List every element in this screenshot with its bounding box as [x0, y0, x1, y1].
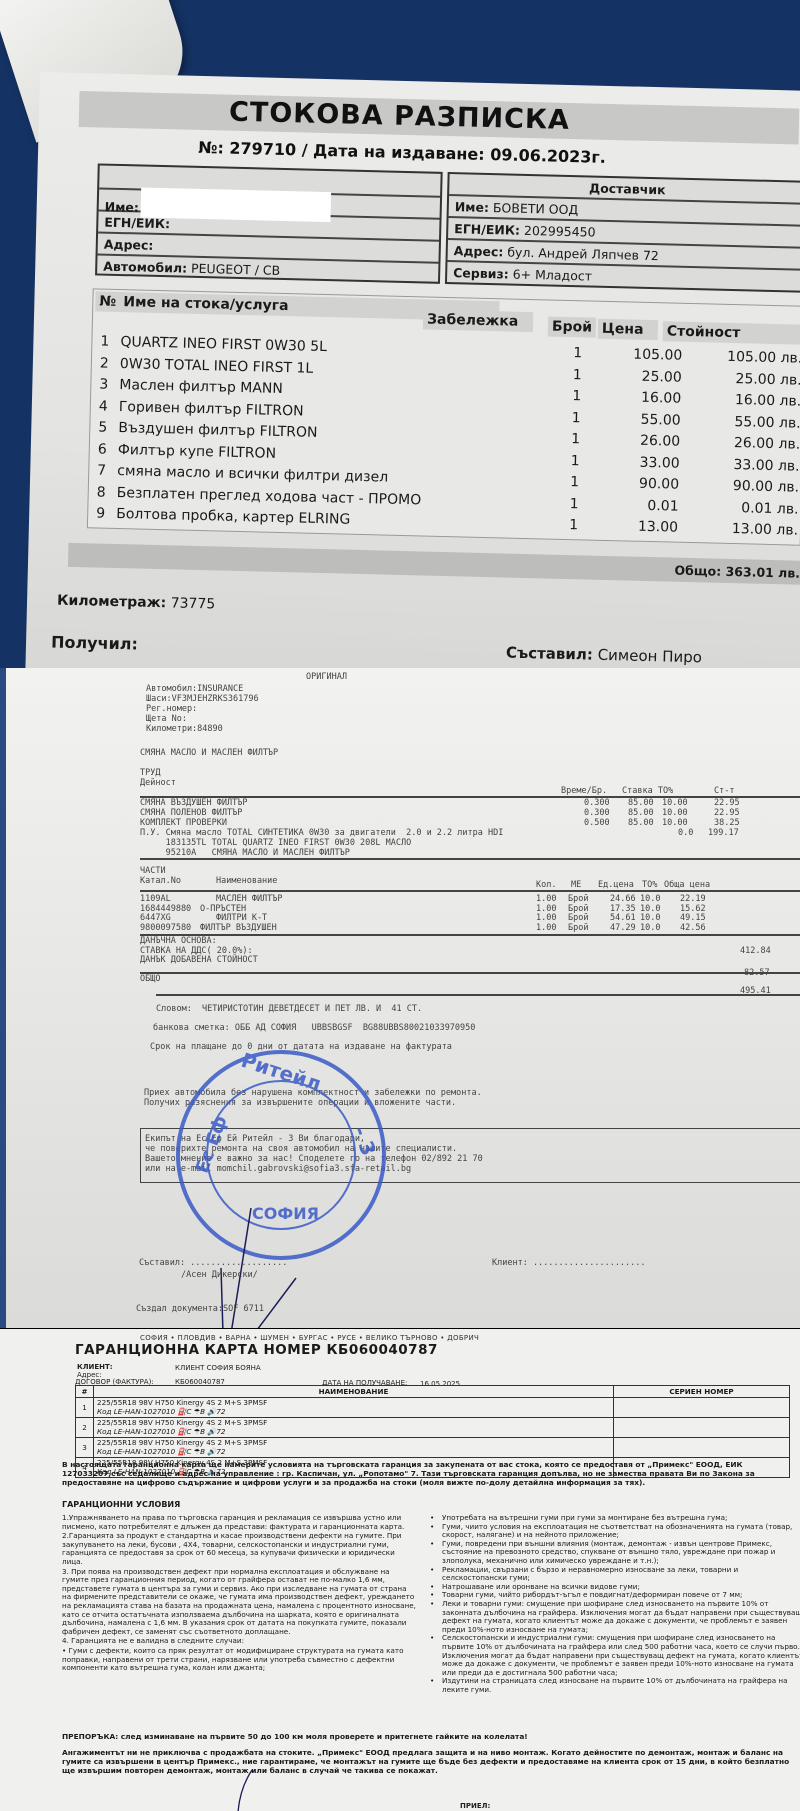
- col-no: №: [95, 291, 120, 312]
- labor-row-discount: 0.0: [678, 828, 693, 838]
- labor-row-time: 0.300: [584, 798, 610, 808]
- part-name: ФИЛТРИ К-Т: [216, 913, 267, 923]
- part-unit: Брой: [568, 904, 588, 914]
- warranty-intro: В настоящата гаранционна карта ще намери…: [62, 1460, 800, 1488]
- col-serial: СЕРИЕН НОМЕР: [614, 1386, 790, 1398]
- client-box: Име: ЕГН/ЕИК: Адрес: Автомобил: PEUGEOT …: [95, 163, 443, 283]
- item-price: 33.00: [609, 454, 679, 472]
- item-qty: 1: [562, 345, 582, 361]
- labor-row-name: 183135TL TOTAL QUARTZ INEO FIRST 0W30 20…: [140, 838, 411, 848]
- cities-line: СОФИЯ • ПЛОВДИВ • ВАРНА • ШУМЕН • БУРГАС…: [140, 1334, 479, 1342]
- item-qty: 1: [562, 366, 582, 382]
- item-price: 13.00: [608, 518, 678, 536]
- commitment: Ангажиментът ни не приключва с продажбат…: [62, 1748, 800, 1776]
- labor-row-time: 0.500: [584, 818, 610, 828]
- item-name: QUARTZ INEO FIRST 0W30 5L: [120, 334, 327, 355]
- part-price: 54.61: [610, 913, 636, 923]
- parts-col: ТО%: [642, 880, 657, 890]
- labor-row-discount: 10.00: [662, 818, 688, 828]
- item-value: 13.00 лв.: [688, 520, 798, 539]
- item-number: 3: [99, 377, 115, 393]
- part-cat: 6447XG: [140, 913, 171, 923]
- item-value: 16.00 лв.: [691, 391, 800, 410]
- invoice-total-label: ОБЩО: [140, 974, 160, 984]
- tire-code: Код LE-HAN-1027010 ⛽C ☂B 🔊72: [97, 1448, 610, 1457]
- tire-code: Код LE-HAN-1027010 ⛽C ☂B 🔊72: [97, 1408, 610, 1417]
- tax-base-label: ДАНЪЧНА ОСНОВА:: [140, 936, 217, 946]
- vat-label: ДАНЪК ДОБАВЕНА СТОЙНОСТ: [140, 955, 258, 965]
- item-number: 4: [99, 398, 115, 414]
- condition-paragraph: 2.Гаранцията за продукт е стандартна и к…: [62, 1532, 417, 1566]
- divider: [140, 972, 800, 974]
- divider: [140, 934, 800, 936]
- mileage: Километраж: 73775: [57, 593, 216, 613]
- part-unit: Брой: [568, 894, 588, 904]
- item-name: 0W30 TOTAL INEO FIRST 1L: [120, 356, 314, 377]
- item-qty: 1: [561, 388, 581, 404]
- labor-row-name: П.У. Смяна масло TOTAL СИНТЕТИКА 0W30 за…: [140, 828, 503, 838]
- created-by: Създал документа:SOF 6711: [136, 1304, 264, 1314]
- item-qty: 1: [558, 517, 578, 533]
- item-value: 105.00 лв.: [692, 348, 800, 367]
- divider: [156, 994, 800, 996]
- condition-paragraph: 3. При поява на производствен дефект при…: [62, 1568, 417, 1637]
- item-price: 26.00: [610, 432, 680, 450]
- labor-col-rate: Ставка ТО%: [622, 786, 673, 796]
- part-cat: 9800097580: [140, 923, 191, 933]
- row-serial: [614, 1438, 790, 1458]
- item-name: Филтър купе FILTRON: [118, 442, 277, 462]
- item-price: 90.00: [609, 475, 679, 493]
- item-number: 1: [100, 334, 116, 350]
- labor-subtitle: Дейност: [140, 778, 176, 788]
- invoice-document: ОРИГИНАЛ Автомобил:INSURANCE Шаси:VF3MJE…: [6, 668, 800, 1328]
- part-price: 24.66: [610, 894, 636, 904]
- tire-code: Код LE-HAN-1027010 ⛽C ☂B 🔊72: [97, 1428, 610, 1437]
- item-price: 55.00: [611, 411, 681, 429]
- warranty-title: ГАРАНЦИОННА КАРТА НОМЕР КБ060040787: [75, 1342, 438, 1358]
- part-name: ФИЛТЪР ВЪЗДУШЕН: [200, 923, 277, 933]
- part-cat: 1684449880: [140, 904, 191, 914]
- row-name: 225/55R18 98V H750 Kinergy 4S 2 M+S 3PMS…: [94, 1398, 614, 1418]
- part-qty: 1.00: [536, 923, 556, 933]
- receipt-total: Общо: 363.01 лв.: [68, 543, 800, 585]
- labor-row-time: 0.300: [584, 808, 610, 818]
- labor-row-discount: 10.00: [662, 798, 688, 808]
- conditions-left-column: 1.Упражняването на права по търговска га…: [62, 1514, 417, 1674]
- part-name: МАСЛЕН ФИЛТЪР: [216, 894, 283, 904]
- part-qty: 1.00: [536, 913, 556, 923]
- table-row: 2225/55R18 98V H750 Kinergy 4S 2 M+S 3PM…: [76, 1418, 790, 1438]
- labor-row-name: СМЯНА ПОЛЕНОВ ФИЛТЪР: [140, 808, 242, 818]
- part-discount: 10.0: [640, 894, 660, 904]
- item-value: 26.00 лв.: [690, 434, 800, 453]
- labor-row-name: КОМПЛЕКТ ПРОВЕРКИ: [140, 818, 227, 828]
- item-qty: 1: [558, 495, 578, 511]
- labor-row-name: СМЯНА ВЪЗДУШЕН ФИЛТЪР: [140, 798, 247, 808]
- warranty-signature: [230, 1768, 260, 1811]
- original-mark: ОРИГИНАЛ: [306, 672, 347, 682]
- item-number: 2: [100, 355, 116, 371]
- part-total: 15.62: [680, 904, 706, 914]
- amount-in-words: Словом: ЧЕТИРИСТОТИН ДЕВЕТДЕСЕТ И ПЕТ ЛВ…: [156, 1004, 422, 1014]
- labor-row-rate: 85.00: [628, 818, 654, 828]
- part-discount: 10.0: [640, 923, 660, 933]
- vehicle-info: Автомобил:INSURANCE Шаси:VF3MJEHZRKS3617…: [146, 684, 259, 734]
- table-row: 3225/55R18 98V H750 Kinergy 4S 2 M+S 3PM…: [76, 1438, 790, 1458]
- part-price: 47.29: [610, 923, 636, 933]
- condition-bullet: Издутини на страницата след износване на…: [430, 1677, 800, 1694]
- parts-col: Катал.No: [140, 876, 181, 886]
- labor-row-value: 199.17: [708, 828, 739, 838]
- row-index: 3: [76, 1438, 94, 1458]
- recommendation: ПРЕПОРЪКА: след изминаване на първите 50…: [62, 1732, 800, 1741]
- client-signature-label: Клиент: ......................: [492, 1258, 646, 1268]
- row-index: 2: [76, 1418, 94, 1438]
- labor-row-name: 95210A СМЯНА МАСЛО И МАСЛЕН ФИЛТЪР: [140, 848, 350, 858]
- divider: [140, 858, 800, 860]
- item-value: 55.00 лв.: [690, 413, 800, 432]
- condition-bullet: Селскостопански и индустриални гуми: сму…: [430, 1634, 800, 1677]
- tax-base-value: 412.84: [740, 946, 771, 956]
- item-name: Маслен филтър MANN: [119, 377, 283, 397]
- row-serial: [614, 1418, 790, 1438]
- item-price: 105.00: [612, 346, 682, 364]
- client-label: КЛИЕНТ:: [77, 1363, 113, 1371]
- item-price: 0.01: [608, 497, 678, 515]
- item-name: Горивен филтър FILTRON: [119, 399, 304, 420]
- row-serial: [614, 1398, 790, 1418]
- condition-bullet: Леки и товарни гуми: смущение при шофира…: [430, 1600, 800, 1634]
- item-value: 0.01 лв.: [688, 498, 798, 517]
- table-row: 1225/55R18 98V H750 Kinergy 4S 2 M+S 3PM…: [76, 1398, 790, 1418]
- conditions-title: ГАРАНЦИОННИ УСЛОВИЯ: [62, 1500, 800, 1509]
- item-number: 8: [97, 484, 113, 500]
- part-cat: 1109AL: [140, 894, 171, 904]
- item-qty: 1: [559, 452, 579, 468]
- row-name: 225/55R18 98V H750 Kinergy 4S 2 M+S 3PMS…: [94, 1418, 614, 1438]
- item-number: 6: [98, 441, 114, 457]
- items-table: № Име на стока/услуга Забележка Брой Цен…: [87, 288, 800, 545]
- condition-bullet: Гуми, чиито условия на експлоатация не с…: [430, 1523, 800, 1540]
- item-qty: 1: [559, 474, 579, 490]
- condition-paragraph: 4. Гаранцията не е валидна в следните сл…: [62, 1637, 417, 1646]
- part-name: О-ПРЪСТЕН: [200, 904, 246, 914]
- payment-term: Срок на плащане до 0 дни от датата на из…: [150, 1042, 452, 1052]
- receipt-number-date: №: 279710 / Дата на издаване: 09.06.2023…: [198, 138, 606, 167]
- labor-row-value: 22.95: [714, 798, 740, 808]
- col-qty: Брой: [548, 316, 597, 337]
- col-name: НАИМЕНОВАНИЕ: [94, 1386, 614, 1398]
- parts-col: МЕ: [571, 880, 581, 890]
- parts-col: Обща цена: [664, 880, 710, 890]
- parts-col: Ед.цена: [598, 880, 634, 890]
- composed-by-name: /Асен Дикерски/: [181, 1270, 258, 1280]
- labor-row-rate: 85.00: [628, 808, 654, 818]
- part-total: 42.56: [680, 923, 706, 933]
- col-note: Забележка: [423, 309, 533, 332]
- part-total: 22.19: [680, 894, 706, 904]
- item-value: 25.00 лв.: [692, 370, 800, 389]
- item-number: 7: [97, 463, 113, 479]
- col-index: #: [76, 1386, 94, 1398]
- part-price: 17.35: [610, 904, 636, 914]
- warranty-card: СОФИЯ • ПЛОВДИВ • ВАРНА • ШУМЕН • БУРГАС…: [0, 1328, 800, 1811]
- item-value: 33.00 лв.: [689, 455, 799, 474]
- labor-col-time: Време/Бр.: [561, 786, 607, 796]
- condition-bullet: Рекламации, свързани с бързо и неравноме…: [430, 1566, 800, 1583]
- row-name: 225/55R18 98V H750 Kinergy 4S 2 M+S 3PMS…: [94, 1438, 614, 1458]
- parts-col: Кол.: [536, 880, 556, 890]
- labor-row-value: 38.25: [714, 818, 740, 828]
- invoice-photo: ОРИГИНАЛ Автомобил:INSURANCE Шаси:VF3MJE…: [0, 668, 800, 1328]
- labor-col-value: Ст-т: [714, 786, 734, 796]
- part-discount: 10.0: [640, 904, 660, 914]
- part-unit: Брой: [568, 923, 588, 933]
- labor-row-rate: 85.00: [628, 798, 654, 808]
- bank-account: банкова сметка: ОББ АД СОФИЯ UBBSBGSF BG…: [153, 1023, 475, 1033]
- condition-paragraph: • Гуми с дефекти, които са пряк резултат…: [62, 1647, 417, 1673]
- composed-by-label: Съставил: ...................: [139, 1258, 287, 1268]
- composed-by: Съставил: Симеон Пиро: [506, 644, 702, 667]
- part-discount: 10.0: [640, 913, 660, 923]
- labor-title: ТРУД: [140, 768, 160, 778]
- condition-bullet: Гуми, повредени при външни влияния (монт…: [430, 1540, 800, 1566]
- part-qty: 1.00: [536, 894, 556, 904]
- stock-receipt-document: СТОКОВА РАЗПИСКА №: 279710 / Дата на изд…: [25, 72, 800, 668]
- conditions-right-column: Употребата на вътрешни гуми при гуми за …: [430, 1514, 800, 1694]
- received-label: ПРИЕЛ:: [460, 1802, 490, 1810]
- row-index: 1: [76, 1398, 94, 1418]
- part-unit: Брой: [568, 913, 588, 923]
- item-qty: 1: [561, 409, 581, 425]
- item-price: 25.00: [612, 368, 682, 386]
- stock-receipt-photo: СТОКОВА РАЗПИСКА №: 279710 / Дата на изд…: [0, 0, 800, 668]
- item-price: 16.00: [611, 389, 681, 407]
- condition-paragraph: 1.Упражняването на права по търговска га…: [62, 1514, 417, 1531]
- supplier-box: Доставчик Име: БОВЕТИ ООД ЕГН/ЕИК: 20299…: [445, 172, 800, 293]
- col-price: Цена: [598, 319, 658, 340]
- client-value: КЛИЕНТ СОФИЯ БОЯНА: [175, 1364, 261, 1372]
- part-total: 49.15: [680, 913, 706, 923]
- job-title: СМЯНА МАСЛО И МАСЛЕН ФИЛТЪР: [140, 748, 278, 758]
- parts-title: ЧАСТИ: [140, 866, 166, 876]
- col-value: Стойност: [663, 321, 800, 344]
- part-qty: 1.00: [536, 904, 556, 914]
- item-value: 90.00 лв.: [689, 477, 799, 496]
- item-number: 5: [98, 420, 114, 436]
- labor-row-discount: 10.00: [662, 808, 688, 818]
- redacted-name: [141, 188, 332, 223]
- divider: [140, 890, 800, 892]
- item-number: 9: [96, 506, 112, 522]
- parts-col: Наименование: [216, 876, 277, 886]
- received-by-label: Получил:: [51, 632, 138, 653]
- item-qty: 1: [560, 431, 580, 447]
- labor-row-value: 22.95: [714, 808, 740, 818]
